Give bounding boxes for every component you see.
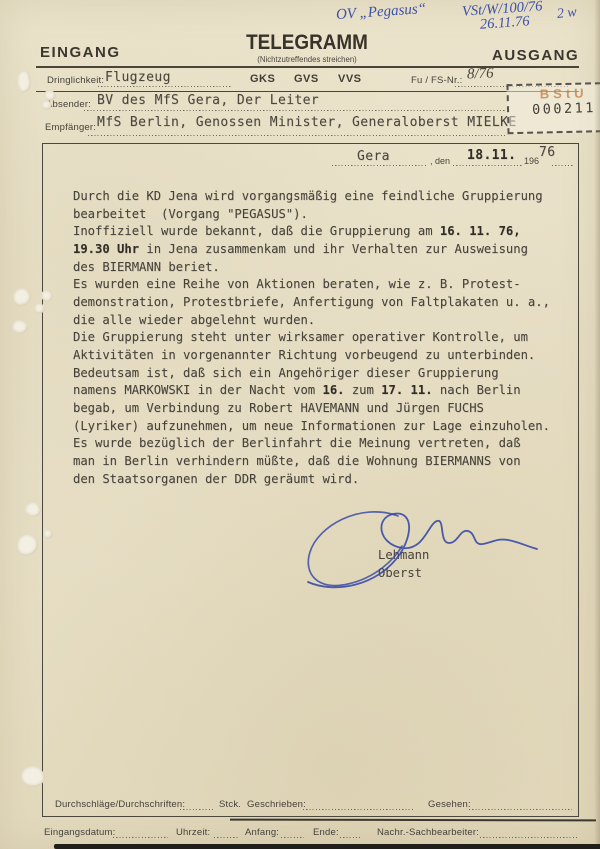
absender-leader — [84, 110, 506, 111]
body-line: Die Gruppierung steht unter wirksamer op… — [73, 329, 563, 347]
year-printed: 196 — [524, 156, 539, 166]
durchschlaege-leader — [180, 809, 213, 810]
ende-label: Ende: — [313, 827, 339, 838]
body-line: namens MARKOWSKI in der Nacht vom 16. zu… — [73, 382, 563, 400]
body-line: die alle wieder abgelehnt wurden. — [73, 312, 563, 330]
header-rule — [36, 66, 579, 68]
paper-damage-spot — [17, 534, 37, 555]
body-line: Aktivitäten in vorgenannter Richtung vor… — [73, 347, 563, 365]
dringlichkeit-leader — [98, 86, 231, 87]
body-line: (Lyriker) aufzunehmen, um neue Informati… — [73, 418, 563, 436]
dringlichkeit-value: Flugzeug — [105, 70, 171, 85]
body-line: Es wurde bezüglich der Berlinfahrt die M… — [73, 435, 563, 453]
bstu-archive-stamp: BStU 000211 — [506, 82, 600, 134]
body-line: begab, um Verbindung zu Robert HAVEMANN … — [73, 400, 563, 418]
date-value: 18.11. — [467, 148, 516, 163]
stamp-page-number: 000211 — [509, 99, 600, 118]
scan-edge-right — [594, 0, 600, 849]
paper-damage-spot — [41, 100, 51, 109]
empfaenger-value: MfS Berlin, Genossen Minister, Generalob… — [97, 115, 517, 130]
form-subtitle: (Nichtzutreffendes streichen) — [182, 55, 432, 64]
body-line: bearbeitet (Vorgang "PEGASUS"). — [73, 206, 563, 224]
eingang-label: EINGANG — [40, 44, 121, 61]
stck-label: Stck. — [219, 799, 241, 810]
body-line: des BIERMANN beriet. — [73, 259, 563, 277]
body-line: Bedeutsam ist, daß sich ein Angehöriger … — [73, 365, 563, 383]
ink-signature — [290, 498, 540, 598]
body-text: Durch die KD Jena wird vorgangsmäßig ein… — [73, 188, 563, 488]
gesehen-label: Gesehen: — [428, 799, 471, 810]
den-label: , den — [430, 156, 450, 166]
vvs-label: VVS — [338, 73, 362, 85]
uhrzeit-leader — [214, 837, 238, 838]
fu-fs-nr-label: Fu / FS-Nr.: — [411, 75, 463, 86]
eingangsdatum-leader — [113, 837, 168, 838]
paper-damage-spot — [12, 320, 27, 333]
fu-fs-nr-value: 8/76 — [467, 66, 494, 84]
absender-label: Absender: — [46, 99, 91, 110]
scan-edge-bottom — [54, 844, 600, 849]
durchschlaege-label: Durchschläge/Durchschriften: — [55, 799, 185, 810]
anfang-leader — [281, 837, 304, 838]
date-leader — [453, 165, 523, 166]
paper-damage-spot — [43, 529, 52, 538]
dringlichkeit-label: Dringlichkeit: — [47, 75, 104, 86]
gesehen-leader — [469, 809, 572, 810]
body-line: den Staatsorganen der DDR geräumt wird. — [73, 471, 563, 489]
body-line: Durch die KD Jena wird vorgangsmäßig ein… — [73, 188, 563, 206]
empfaenger-leader — [88, 135, 506, 136]
paper-damage-spot — [25, 502, 40, 516]
ende-leader — [340, 837, 360, 838]
place-leader — [332, 165, 428, 166]
scan-fold-line — [230, 819, 596, 822]
paper-damage-spot — [13, 288, 30, 305]
paper-damage-spot — [21, 766, 44, 786]
place-value: Gera — [357, 149, 390, 164]
handwritten-case-note: OV „Pegasus“ — [336, 1, 427, 24]
anfang-label: Anfang: — [245, 827, 279, 838]
sachbearbeiter-label: Nachr.-Sachbearbeiter: — [377, 827, 479, 838]
empfaenger-label: Empfänger: — [45, 122, 96, 133]
ausgang-label: AUSGANG — [492, 47, 579, 64]
gvs-label: GVS — [294, 73, 319, 85]
paper-damage-spot — [34, 303, 44, 313]
paper-damage-spot — [41, 290, 52, 301]
year-typed: 76 — [539, 145, 555, 160]
body-line: Inoffiziell wurde bekannt, daß die Grupp… — [73, 223, 563, 241]
body-line: demonstration, Protestbriefe, Anfertigun… — [73, 294, 563, 312]
body-line: Es wurden eine Reihe von Aktionen berate… — [73, 276, 563, 294]
absender-value: BV des MfS Gera, Der Leiter — [97, 93, 319, 108]
gks-label: GKS — [250, 73, 275, 85]
telegram-document: OV „Pegasus“ VSt/W/100/76 26.11.76 2 w T… — [0, 0, 600, 849]
geschrieben-label: Geschrieben: — [247, 799, 306, 810]
handwritten-date: 26.11.76 — [479, 13, 530, 33]
paper-damage-spot — [17, 70, 30, 92]
body-line: 19.30 Uhr in Jena zusammenkam und ihr Ve… — [73, 241, 563, 259]
handwritten-copies-note: 2 w — [556, 5, 577, 23]
sachbearbeiter-leader — [480, 837, 577, 838]
row-rule — [36, 91, 579, 92]
form-title: TELEGRAMM — [195, 31, 420, 55]
year-leader — [552, 165, 574, 166]
body-line: man in Berlin verhindern müßte, daß die … — [73, 453, 563, 471]
paper-damage-spot — [44, 90, 55, 100]
uhrzeit-label: Uhrzeit: — [176, 827, 210, 838]
geschrieben-leader — [303, 809, 415, 810]
eingangsdatum-label: Eingangsdatum: — [44, 827, 115, 838]
